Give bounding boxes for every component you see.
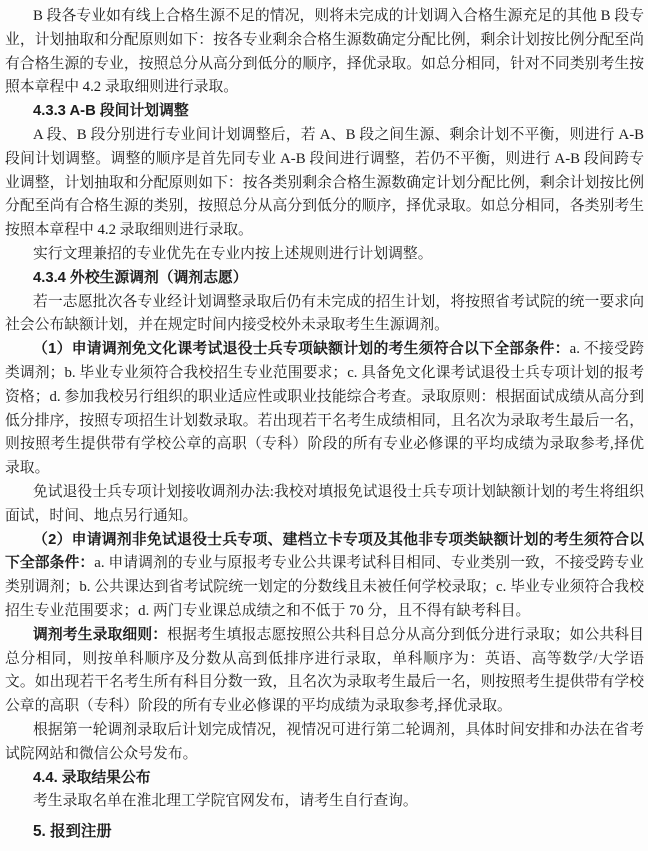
body-text: a. 不接受跨类调剂；b. 毕业专业须符合我校招生专业范围要求；c. 具备免文化… [5,341,644,476]
paragraph: 考生录取名单在淮北理工学院官网发布，请考生自行查询。 [5,790,644,814]
bold-text: 4.3.4 外校生源调剂（调剂志愿） [33,270,248,286]
body-text: 实行文理兼招的专业优先在专业内按上述规则进行计划调整。 [33,246,433,262]
body-text: 考生录取名单在淮北理工学院官网发布，请考生自行查询。 [33,793,418,809]
document-page: B 段各专业如有线上合格生源不足的情况，则将未完成的计划调入合格生源充足的其他 … [0,0,648,851]
paragraph: 调剂考生录取细则：根据考生填报志愿按照公共科目总分从高分到低分进行录取；如公共科… [5,624,644,719]
section-heading: 4.3.3 A-B 段间计划调整 [5,100,644,124]
paragraph: （2）申请调剂非免试退役士兵专项、建档立卡专项及其他非专项类缺额计划的考生须符合… [5,529,644,624]
paragraph: A 段、B 段分别进行专业间计划调整后，若 A、B 段之间生源、剩余计划不平衡，… [5,124,644,243]
bold-text: 调剂考生录取细则： [33,627,167,643]
bold-text: 4.4. 录取结果公布 [33,770,151,786]
bold-text: （1）申请调剂免文化课考试退役士兵专项缺额计划的考生须符合以下全部条件： [33,341,570,357]
section-heading: 4.4. 录取结果公布 [5,767,644,791]
body-text: B 段各专业如有线上合格生源不足的情况，则将未完成的计划调入合格生源充足的其他 … [5,8,644,95]
bold-text: 4.3.3 A-B 段间计划调整 [33,103,189,119]
paragraph: 若一志愿批次各专业经计划调整录取后仍有未完成的招生计划，将按照省考试院的统一要求… [5,291,644,339]
body-text: 若一志愿批次各专业经计划调整录取后仍有未完成的招生计划，将按照省考试院的统一要求… [5,294,644,334]
section-heading: 4.3.4 外校生源调剂（调剂志愿） [5,267,644,291]
bold-text: 5. 报到注册 [33,823,112,840]
section-heading: 5. 报到注册 [5,820,644,844]
body-text: 免试退役士兵专项计划接收调剂办法:我校对填报免试退役士兵专项计划缺额计划的考生将… [5,484,644,524]
body-text: A 段、B 段分别进行专业间计划调整后，若 A、B 段之间生源、剩余计划不平衡，… [5,127,644,238]
paragraph: 实行文理兼招的专业优先在专业内按上述规则进行计划调整。 [5,243,644,267]
paragraph: （1）申请调剂免文化课考试退役士兵专项缺额计划的考生须符合以下全部条件：a. 不… [5,338,644,481]
body-text: 根据第一轮调剂录取后计划完成情况，视情况可进行第二轮调剂，具体时间安排和办法在省… [5,722,644,762]
body-text: a. 申请调剂的专业与原报考专业公共课考试科目相同、专业类别一致，不接受跨专业类… [5,555,644,619]
paragraph: B 段各专业如有线上合格生源不足的情况，则将未完成的计划调入合格生源充足的其他 … [5,5,644,100]
paragraph: 根据第一轮调剂录取后计划完成情况，视情况可进行第二轮调剂，具体时间安排和办法在省… [5,719,644,767]
paragraph: 免试退役士兵专项计划接收调剂办法:我校对填报免试退役士兵专项计划缺额计划的考生将… [5,481,644,529]
